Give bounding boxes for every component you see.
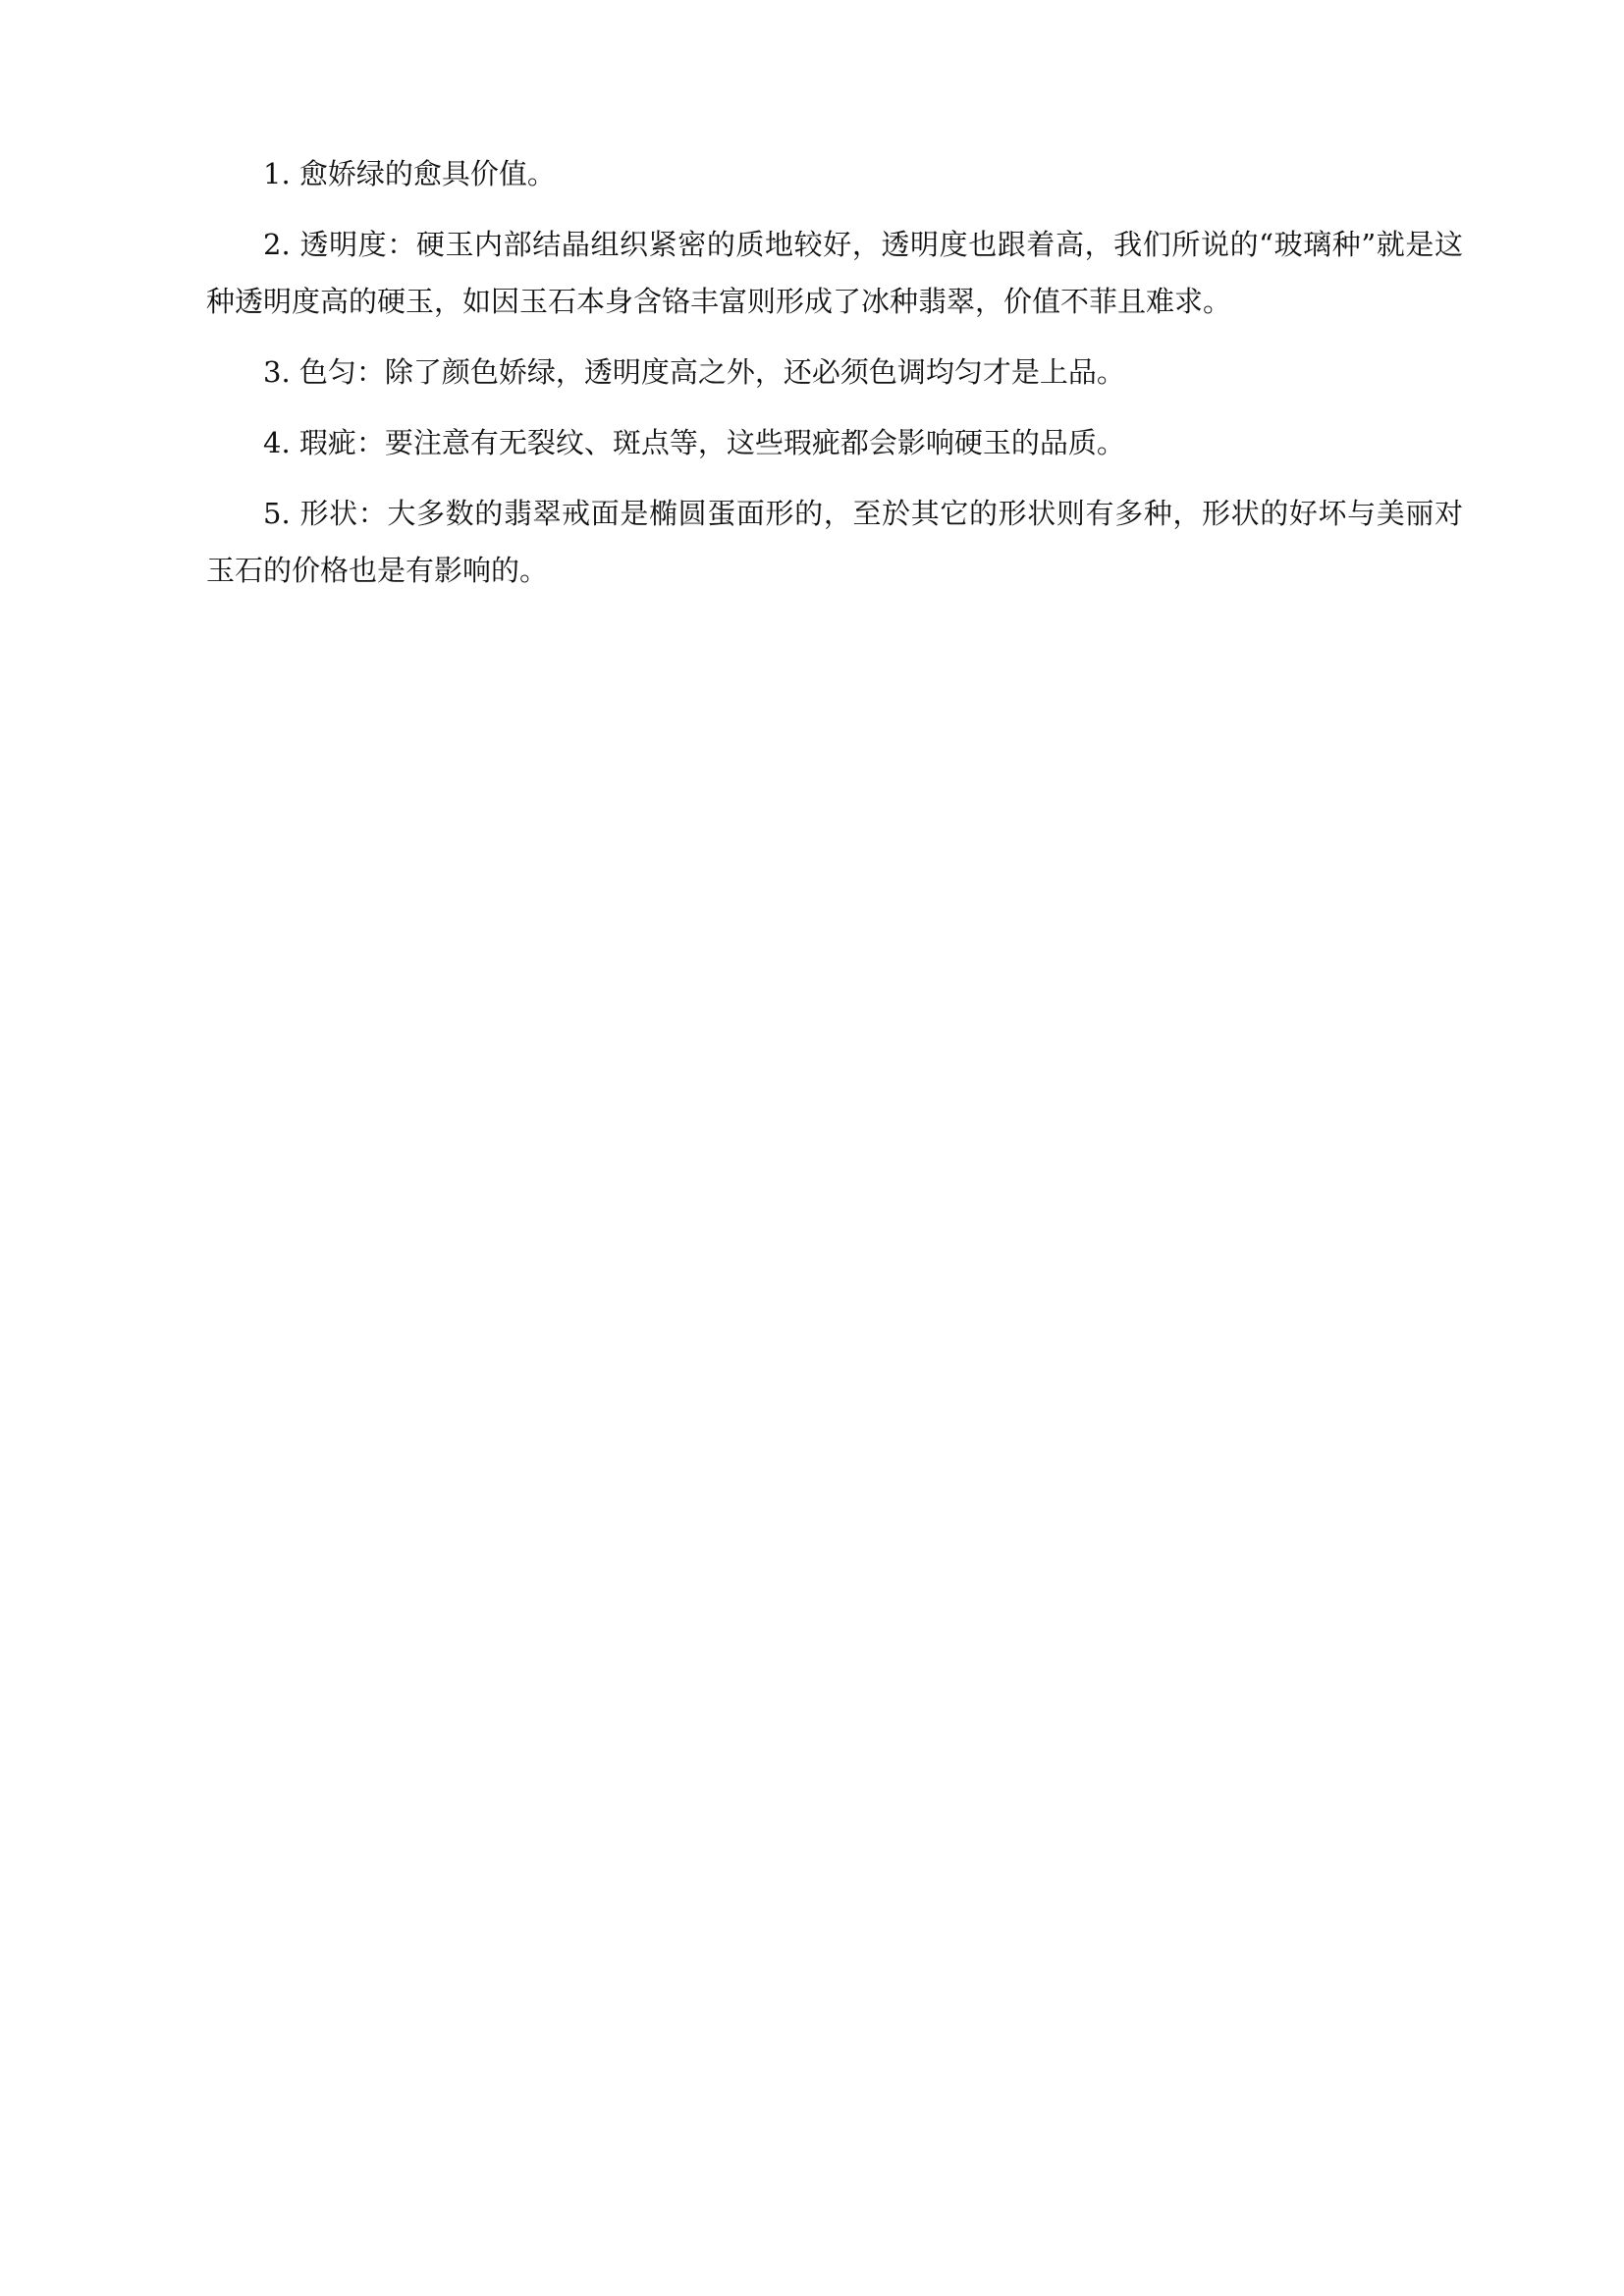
document-page: 1. 愈娇绿的愈具价值。 2. 透明度：硬玉内部结晶组织紧密的质地较好，透明度也… [206,145,1463,599]
paragraph-2: 2. 透明度：硬玉内部结晶组织紧密的质地较好，透明度也跟着高，我们所说的“玻璃种… [206,216,1463,330]
paragraph-4: 4. 瑕疵：要注意有无裂纹、斑点等，这些瑕疵都会影响硬玉的品质。 [206,414,1463,471]
paragraph-3: 3. 色匀：除了颜色娇绿，透明度高之外，还必须色调均匀才是上品。 [206,344,1463,400]
paragraph-5: 5. 形状：大多数的翡翠戒面是椭圆蛋面形的，至於其它的形状则有多种，形状的好坏与… [206,485,1463,599]
paragraph-1: 1. 愈娇绿的愈具价值。 [206,145,1463,202]
